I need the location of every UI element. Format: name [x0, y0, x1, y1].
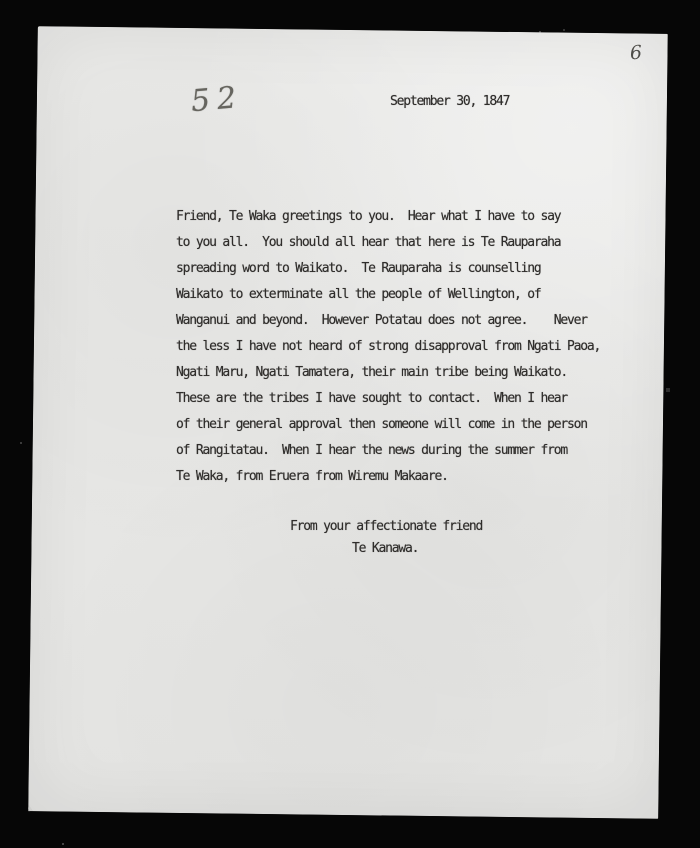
film-dust-specks [0, 0, 2, 2]
page-number-annotation: 6 [629, 42, 643, 65]
letter-date: September 30, 1847 [390, 89, 509, 115]
scan-background: 6 52 September 30, 1847 Friend, Te Waka … [0, 0, 700, 848]
letter-content: 6 52 September 30, 1847 Friend, Te Waka … [33, 30, 663, 815]
archive-number-annotation: 52 [190, 80, 245, 119]
letter-body: Friend, Te Waka greetings to you. Hear w… [176, 204, 600, 490]
letter-signature: Te Kanawa. [352, 536, 418, 562]
